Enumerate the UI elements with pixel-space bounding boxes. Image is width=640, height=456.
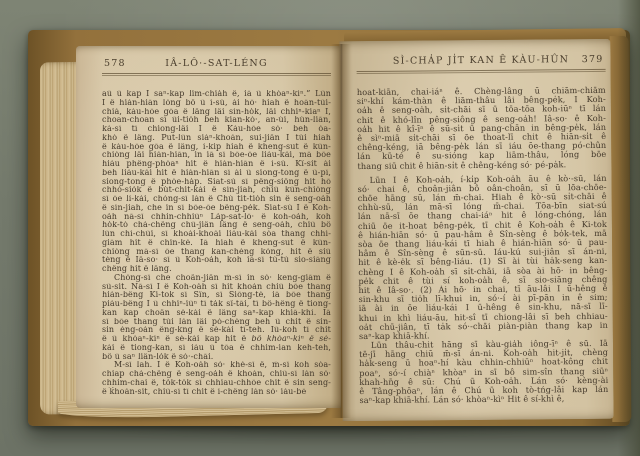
text-line: sī bōe thang tùi lán lâi pó-chèng beh ū …	[102, 318, 331, 327]
text-line: giām hit ê chin-ké. Iā hiah ê kheng-sut …	[102, 239, 331, 248]
text-line: Chóng-sī che choân-jiân m̄-sī in só· ken…	[102, 274, 331, 283]
text-line: hián-bêng Ki-tok sī Sîn, sī Siōng-tè, iā…	[102, 291, 331, 300]
header-rule	[357, 69, 606, 74]
photo-background: 578 IÂ-LÔ·-SAT-LÉNG aū ū kap I saⁿ-kap l…	[0, 0, 640, 456]
right-header-title: SÌ-CHA̍P JI̍T KAN Ê KÀU-HÛN	[356, 54, 605, 67]
text-line: piáu-bêng I ū chhiⁿ-iūⁿ tī ta̍k sî-tāi, …	[102, 300, 331, 309]
text-line: chiá, kàu-hōe gōa ê lâng lâi sìn-ho̍k, l…	[102, 108, 331, 117]
text-paragraph: aū ū kap I saⁿ-kap lim-chia̍h ê, iā ū kh…	[102, 90, 331, 274]
text-line: kan kap choân sè-kài ê lâng saⁿ-kap khiā…	[102, 309, 331, 318]
text-line: sī ōe lí-kái, chóng-sī lán ê Chú tit-tio…	[102, 195, 331, 204]
right-page-text: hoat-kiān, chai-iáⁿ ê. Chèng-lâng ū chiā…	[357, 86, 609, 406]
text-paragraph: Lūn thâu-chit hāng sī kàu-gia̍h iông-īⁿ …	[359, 339, 609, 405]
text-line: siong-tong ê phòe-ha̍p. Siat-sú sī pêng-…	[102, 178, 331, 187]
text-line: hiáu phêng-phòaⁿ hit ê hián-hiān ê ì-sù.…	[102, 160, 331, 169]
text-line: M̄-sī lah. I ê Koh-oa̍h só· khé-sī ê, m̄…	[102, 361, 331, 370]
text-line: I ê hián-hiān lóng bô ū ì-sù, ài hō· hia…	[102, 99, 331, 108]
header-rule	[102, 73, 331, 76]
text-line: kài ê tiong-kan, sī iáu ū tōa ê chhim-ia…	[102, 344, 331, 353]
text-line: ho̍k-tò chá-chêng chū-jiân lâng ê seng-o…	[102, 221, 331, 230]
text-line: ê sìn-jiah, che in sī bōe-ōe bêng-pe̍k. …	[102, 204, 331, 213]
text-line: bô ū saⁿ liân-lo̍k ê só·-chāi.	[102, 353, 331, 362]
text-line: ê ū khòaⁿ-kìⁿ ê sè-kài kap hit ê bô khòa…	[102, 335, 331, 344]
text-line: aū ū kap I saⁿ-kap lim-chia̍h ê, iā ū kh…	[102, 90, 331, 99]
left-page-text: aū ū kap I saⁿ-kap lim-chia̍h ê, iā ū kh…	[102, 90, 331, 396]
text-line: ê kàu-hōe gōa ê lâng, í-ki̍p hiah ê khen…	[102, 143, 331, 152]
right-page: SÌ-CHA̍P JI̍T KAN Ê KÀU-HÛN 379 hoat-kiā…	[339, 39, 613, 421]
left-header-title: IÂ-LÔ·-SAT-LÉNG	[102, 58, 331, 69]
text-paragraph: Lūn I ê Koh-oa̍h, í-ki̍p Koh-oa̍h āu ê k…	[358, 174, 608, 342]
text-line: khò ê lâng. Put-lūn siáⁿ-khoán, sui-jiân…	[102, 134, 331, 143]
text-line: chiap chá-chêng ê seng-oa̍h ê khoán, chi…	[102, 370, 331, 379]
left-running-head: 578 IÂ-LÔ·-SAT-LÉNG	[102, 58, 331, 71]
text-line: chêng hit ê lâng.	[102, 265, 331, 274]
text-line: kà-sī tī chiong-lâi I ê Kàu-hōe só· beh …	[102, 125, 331, 134]
text-line: lūn chì-chūi, sī khoài-khoài liáu-kái sò…	[102, 230, 331, 239]
text-line: sū-si̍t. Nā-sī I ê Koh-oa̍h sī hit khoán…	[102, 283, 331, 292]
text-line: chiòng lâi hián-hiān, in iā sī bōe-ōe li…	[102, 151, 331, 160]
text-line: thang siū chit ê hiān-si̍t ê chêng-kéng …	[357, 159, 606, 170]
text-line: oa̍h nā-sī chhin-chhiūⁿ La̍p-sat-lō· ê k…	[102, 213, 331, 222]
text-line: chhim-chai ê, to̍k-to̍k sī chhiau-chhōe …	[102, 379, 331, 388]
text-line: ê khoán-sit, chiū-sī tī chit ê í-chêng l…	[102, 388, 331, 397]
text-paragraph: hoat-kiān, chai-iáⁿ ê. Chèng-lâng ū chiā…	[357, 86, 607, 171]
text-paragraph: M̄-sī lah. I ê Koh-oa̍h só· khé-sī ê, m̄…	[102, 361, 331, 396]
text-paragraph: Chóng-sī che choân-jiân m̄-sī in só· ken…	[102, 274, 331, 362]
left-page: 578 IÂ-LÔ·-SAT-LÉNG aū ū kap I saⁿ-kap l…	[76, 46, 341, 408]
text-line: chhò-sio̍k ê bu̍t-chit-kài ê sìn-jiah, c…	[102, 186, 331, 195]
text-line: chiòng mā-sī ōe thang kan-chèng kóng, hi…	[102, 248, 331, 257]
right-running-head: SÌ-CHA̍P JI̍T KAN Ê KÀU-HÛN 379	[356, 54, 605, 69]
text-line: choan-choan sī ūi-tio̍h beh kian-kò·, an…	[102, 116, 331, 125]
text-line: tèng ê Iâ-so· sī ū Koh-oa̍h, koh iā-sī t…	[102, 256, 331, 265]
text-line: sin éng-oán êng-kng ê sè-kài tī-teh. Iū-…	[102, 326, 331, 335]
right-page-number: 379	[582, 54, 604, 65]
text-line: beh liáu-kái hit ê hián-hiān sī ài ū sio…	[102, 169, 331, 178]
text-line: saⁿ-kap khiā-khí. Lán só· khòaⁿ-kìⁿ Hit …	[359, 394, 608, 405]
